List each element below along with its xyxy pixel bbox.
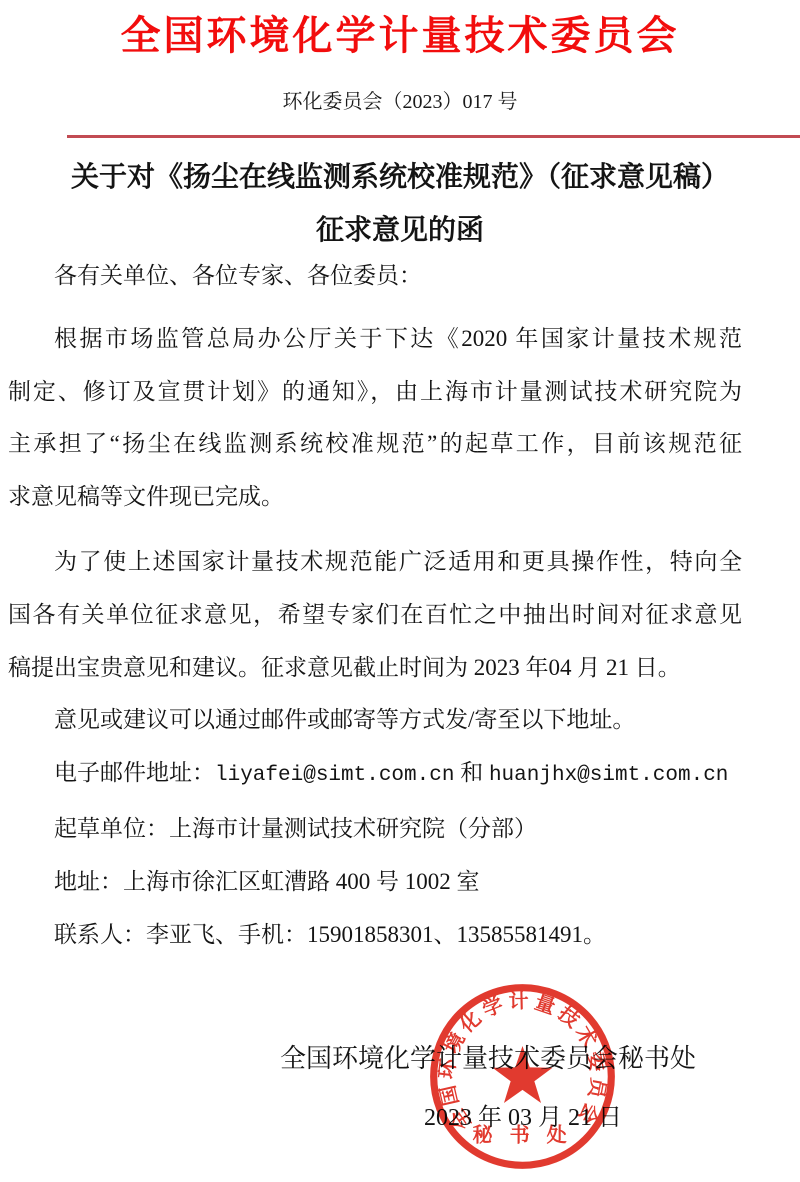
email-address: huanjhx@simt.com.cn [489, 764, 728, 787]
body-line: 各有关单位、各位专家、各位委员： [8, 250, 742, 303]
body-line: 电子邮件地址：liyafei@simt.com.cn 和 huanjhx@sim… [8, 747, 742, 803]
subject-line-1: 关于对《扬尘在线监测系统校准规范》（征求意见稿） [0, 151, 800, 204]
text-segment: 和 [454, 760, 489, 785]
text-segment: 电子邮件地址： [54, 760, 215, 785]
body-line: 稿提出宝贵意见和建议。征求意见截止时间为 2023 年04 月 21 日。 [8, 642, 742, 695]
red-divider-line [67, 135, 800, 138]
email-address: liyafei@simt.com.cn [215, 764, 454, 787]
org-title: 全国环境化学计量技术委员会 [0, 4, 800, 61]
body-line: 制定、修订及宣贯计划》的通知》，由上海市计量测试技术研究院为 [8, 366, 742, 419]
body-line: 为了使上述国家计量技术规范能广泛适用和更具操作性，特向全 [8, 536, 742, 589]
body-line: 求意见稿等文件现已完成。 [8, 471, 742, 524]
body-line: 根据市场监管总局办公厅关于下达《2020 年国家计量技术规范 [8, 313, 742, 366]
body-line: 主承担了“扬尘在线监测系统校准规范”的起草工作，目前该规范征 [8, 418, 742, 471]
signature-line: 全国环境化学计量技术委员会秘书处 [0, 1038, 800, 1075]
body-line: 地址：上海市徐汇区虹漕路 400 号 1002 室 [8, 856, 742, 909]
doc-number: 环化委员会（2023）017 号 [0, 85, 800, 114]
body-line: 意见或建议可以通过邮件或邮寄等方式发/寄至以下地址。 [8, 694, 742, 747]
official-seal: 全国环境化学计量技术委员会 秘 书 处 [427, 981, 618, 1172]
date-line: 2023 年 03 月 21 日 [424, 1097, 622, 1132]
body-line: 起草单位：上海市计量测试技术研究院（分部） [8, 803, 742, 856]
letter-subject: 关于对《扬尘在线监测系统校准规范》（征求意见稿） 征求意见的函 [0, 151, 800, 257]
body-line: 联系人：李亚飞、手机：15901858301、13585581491。 [8, 909, 742, 962]
body-line: 国各有关单位征求意见，希望专家们在百忙之中抽出时间对征求意见 [8, 589, 742, 642]
seal-ring [434, 988, 612, 1166]
official-letter-page: 全国环境化学计量技术委员会 环化委员会（2023）017 号 关于对《扬尘在线监… [0, 0, 800, 1182]
body-lines: 各有关单位、各位专家、各位委员：根据市场监管总局办公厅关于下达《2020 年国家… [8, 250, 742, 961]
